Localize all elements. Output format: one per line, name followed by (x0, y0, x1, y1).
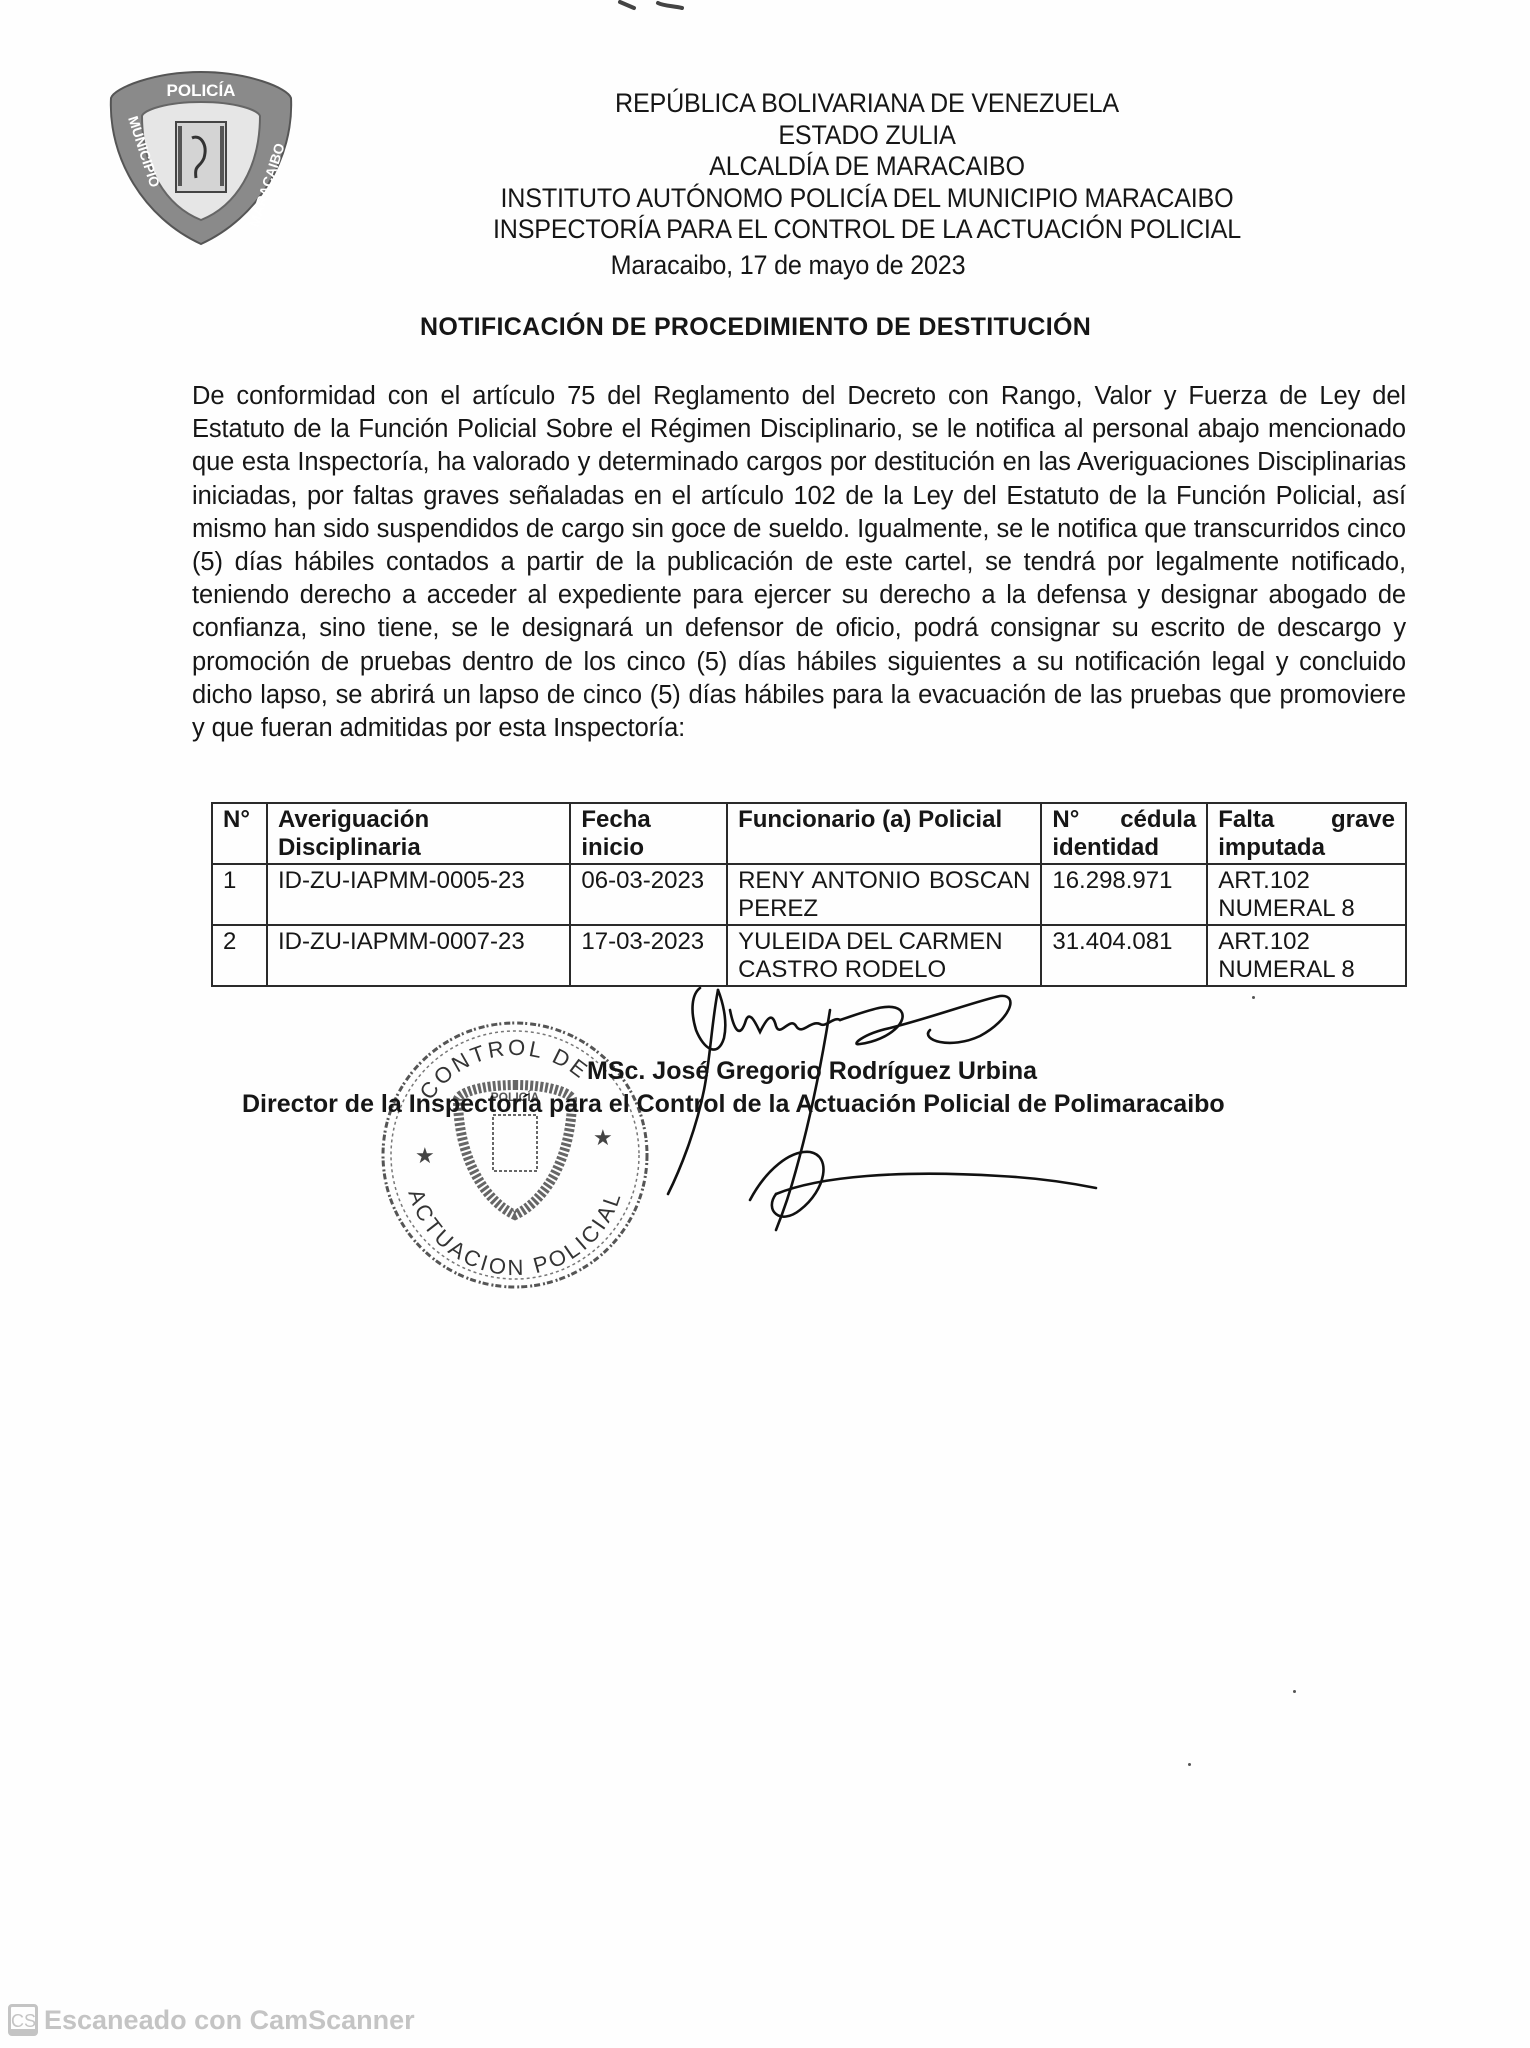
cell-number: 1 (212, 864, 267, 925)
document-title: NOTIFICACIÓN DE PROCEDIMIENTO DE DESTITU… (420, 313, 1160, 342)
cell-case-id: ID-ZU-IAPMM-0007-23 (267, 925, 570, 986)
scan-artifact (600, 0, 720, 14)
cell-offense: ART.102 NUMERAL 8 (1207, 864, 1406, 925)
cell-start-date: 17-03-2023 (570, 925, 727, 986)
scan-dot (1293, 1690, 1296, 1693)
header-municipality: ALCALDÍA DE MARACAIBO (156, 151, 1530, 181)
cell-officer: RENY ANTONIO BOSCAN PEREZ (727, 864, 1041, 925)
table-row: 2 ID-ZU-IAPMM-0007-23 17-03-2023 YULEIDA… (212, 925, 1406, 986)
camscanner-logo-icon: CS (8, 2004, 38, 2036)
cell-id-number: 16.298.971 (1041, 864, 1207, 925)
cell-case-id: ID-ZU-IAPMM-0005-23 (267, 864, 570, 925)
cell-number: 2 (212, 925, 267, 986)
signatory-name: MSc. José Gregorio Rodríguez Urbina (587, 1057, 1037, 1086)
header-inspectorate: INSPECTORÍA PARA EL CONTROL DE LA ACTUAC… (156, 214, 1530, 244)
cell-officer: YULEIDA DEL CARMEN CASTRO RODELO (727, 925, 1041, 986)
header-start-date: Fecha inicio (570, 803, 727, 864)
watermark-text: Escaneado con CamScanner (44, 2005, 415, 2036)
cell-id-number: 31.404.081 (1041, 925, 1207, 986)
table-row: 1 ID-ZU-IAPMM-0005-23 06-03-2023 RENY AN… (212, 864, 1406, 925)
header-country: REPÚBLICA BOLIVARIANA DE VENEZUELA (156, 88, 1530, 118)
table-header-row: N° Averiguación Disciplinaria Fecha inic… (212, 803, 1406, 864)
cell-start-date: 06-03-2023 (570, 864, 727, 925)
cell-offense: ART.102 NUMERAL 8 (1207, 925, 1406, 986)
document-date: Maracaibo, 17 de mayo de 2023 (77, 250, 1500, 280)
header-institute: INSTITUTO AUTÓNOMO POLICÍA DEL MUNICIPIO… (156, 183, 1530, 213)
scan-dot (1188, 1763, 1191, 1766)
svg-text:ACTUACION POLICIAL: ACTUACION POLICIAL (403, 1186, 626, 1280)
header-officer: Funcionario (a) Policial (727, 803, 1041, 864)
cases-table: N° Averiguación Disciplinaria Fecha inic… (211, 802, 1407, 987)
star-icon: ★ (415, 1143, 435, 1168)
signatory-role: Director de la Inspectoría para el Contr… (242, 1090, 1225, 1119)
scan-dot (1252, 996, 1255, 999)
camscanner-watermark: CS Escaneado con CamScanner (8, 2004, 415, 2036)
notification-body: De conformidad con el artículo 75 del Re… (192, 380, 1406, 745)
header-case-id: Averiguación Disciplinaria (267, 803, 570, 864)
header-id-number: N° cédula identidad (1041, 803, 1207, 864)
header-number: N° (212, 803, 267, 864)
header-state: ESTADO ZULIA (156, 120, 1530, 150)
header-offense: Falta grave imputada (1207, 803, 1406, 864)
